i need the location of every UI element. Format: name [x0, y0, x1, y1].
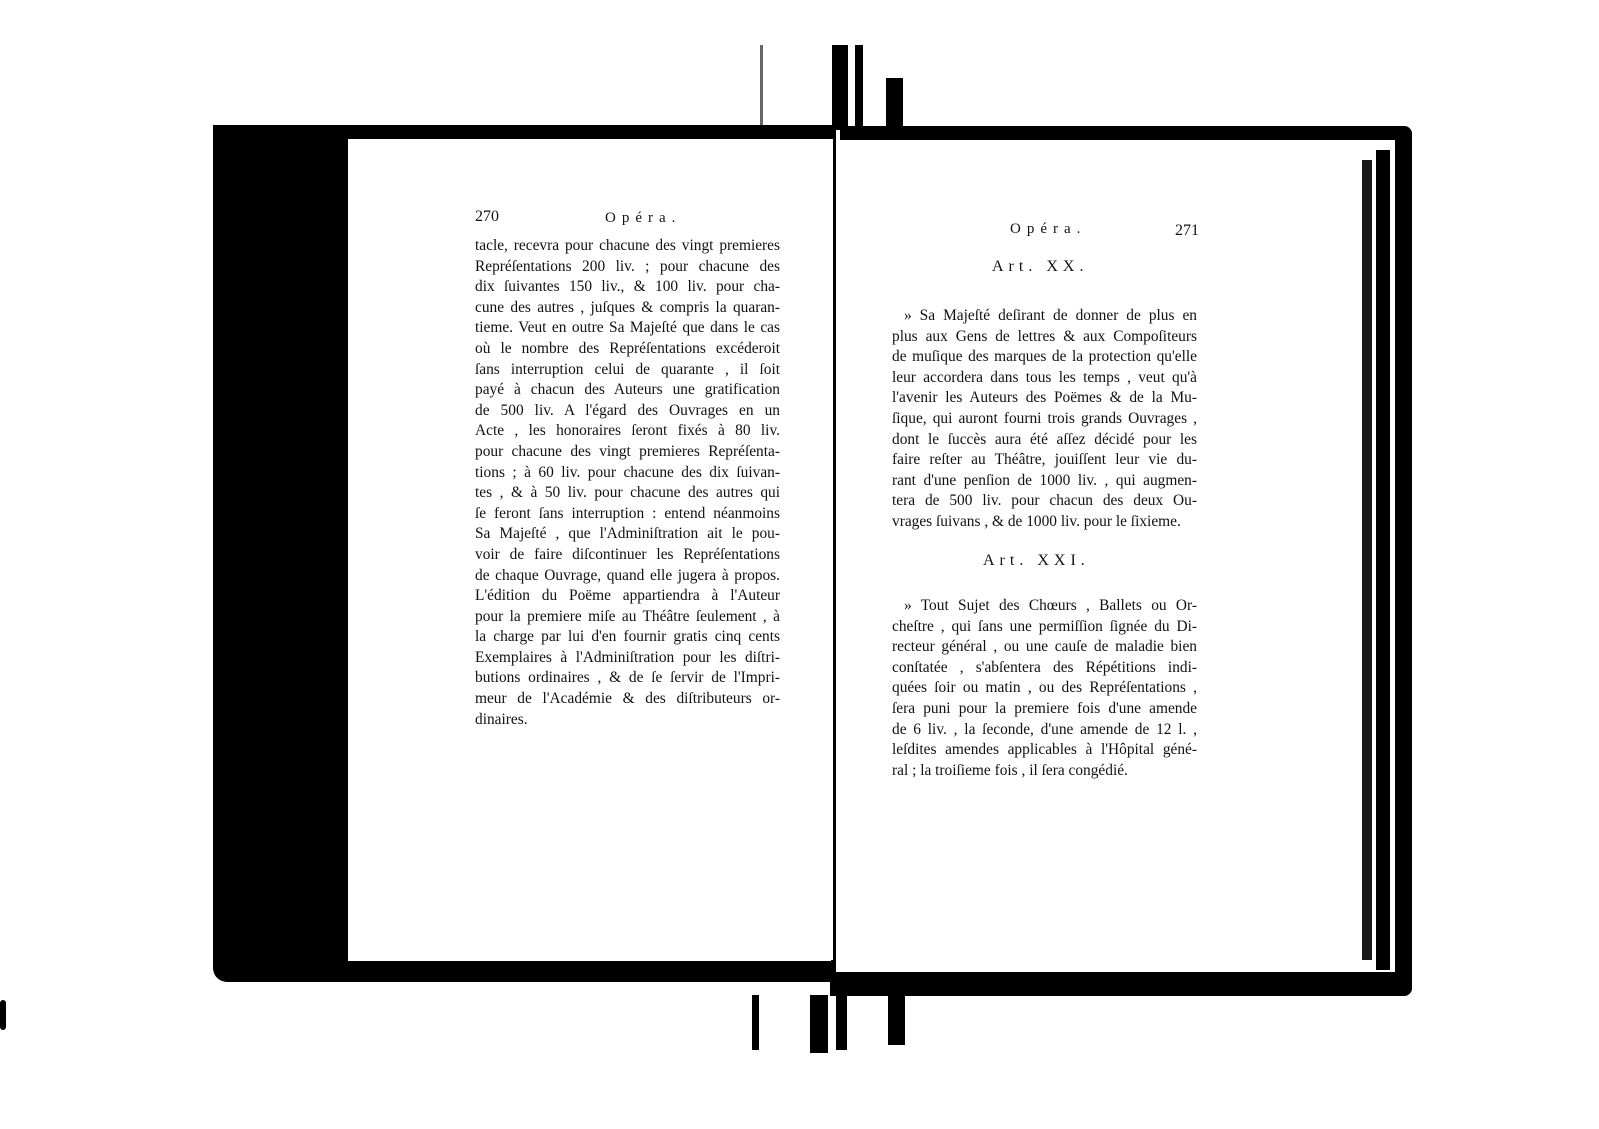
- book-cover-left: [213, 125, 348, 980]
- text-line: dix ſuivantes 150 liv., & 100 liv. pour …: [475, 277, 780, 298]
- running-head-right: Opéra.: [1010, 221, 1086, 238]
- text-line: » Sa Majeſté deſirant de donner de plus …: [892, 306, 1197, 327]
- article-20-body: » Sa Majeſté deſirant de donner de plus …: [892, 306, 1197, 533]
- scan-edge-mark: [0, 1000, 6, 1030]
- running-head-left: Opéra.: [605, 210, 681, 227]
- text-line: pour la premiere miſe au Théâtre ſeuleme…: [475, 607, 780, 628]
- text-line: de muſique des marques de la protection …: [892, 347, 1197, 368]
- text-line: payé à chacun des Auteurs une gratificat…: [475, 380, 780, 401]
- text-line: Sa Majeſté , que l'Adminiſtration ait le…: [475, 524, 780, 545]
- text-line: Repréſentations 200 liv. ; pour chacune …: [475, 257, 780, 278]
- text-line: Exemplaires à l'Adminiſtration pour les …: [475, 648, 780, 669]
- text-line: L'édition du Poëme appartiendra à l'Aute…: [475, 586, 780, 607]
- left-page-body: tacle, recevra pour chacune des vingt pr…: [475, 236, 780, 730]
- article-21-body: » Tout Sujet des Chœurs , Ballets ou Or-…: [892, 596, 1197, 781]
- book-spine: [833, 128, 836, 978]
- text-line: l'avenir les Auteurs des Poëmes & de la …: [892, 388, 1197, 409]
- page-number-right: 271: [1175, 222, 1199, 240]
- right-page: [842, 140, 1362, 972]
- text-line: meur de l'Académie & des diſtributeurs o…: [475, 689, 780, 710]
- text-line: ſique, qui auront fourni trois grands Ou…: [892, 409, 1197, 430]
- text-line: la charge par lui d'en fournir gratis ci…: [475, 627, 780, 648]
- text-line: voir de faire diſcontinuer les Repréſent…: [475, 545, 780, 566]
- text-line: plus aux Gens de lettres & aux Compoſite…: [892, 327, 1197, 348]
- text-line: de chaque Ouvrage, quand elle jugera à p…: [475, 566, 780, 587]
- text-line: tieme. Veut en outre Sa Majeſté que dans…: [475, 318, 780, 339]
- text-line: leſdites amendes applicables à l'Hôpital…: [892, 740, 1197, 761]
- text-line: dinaires.: [475, 710, 780, 731]
- binding-tab: [886, 78, 903, 130]
- text-line: tera de 500 liv. pour chacun des deux Ou…: [892, 491, 1197, 512]
- binding-tab: [832, 45, 848, 130]
- page-edge-right: [1376, 150, 1390, 970]
- text-line: tacle, recevra pour chacune des vingt pr…: [475, 236, 780, 257]
- text-line: Acte , les honoraires ſeront fixés à 80 …: [475, 421, 780, 442]
- book-cover-bottom-left: [213, 960, 833, 982]
- book-cover-top-right: [840, 126, 1412, 140]
- article-21-title: Art. XXI.: [983, 552, 1090, 570]
- text-line: rant d'une penſion de 1000 liv. , qui au…: [892, 471, 1197, 492]
- text-line: quées ſoir ou matin , ou des Repréſentat…: [892, 678, 1197, 699]
- binding-tab: [752, 995, 759, 1050]
- text-line: dont le ſuccès aura été aſſez décidé pou…: [892, 430, 1197, 451]
- article-20-title: Art. XX.: [992, 258, 1088, 276]
- text-line: de 500 liv. A l'égard des Ouvrages en un: [475, 401, 780, 422]
- binding-tab: [810, 995, 828, 1053]
- text-line: faire reſter au Théâtre, jouiſſent leur …: [892, 450, 1197, 471]
- binding-tab: [760, 45, 763, 125]
- text-line: vrages ſuivans , & de 1000 liv. pour le …: [892, 512, 1197, 533]
- text-line: cheſtre , qui ſans une permiſſion ſignée…: [892, 617, 1197, 638]
- text-line: cune des autres , juſques & compris la q…: [475, 298, 780, 319]
- page-edge-right-inner: [1362, 160, 1372, 960]
- text-line: de 6 liv. , la ſeconde, d'une amende de …: [892, 720, 1197, 741]
- text-line: ral ; la troiſieme fois , il ſera congéd…: [892, 761, 1197, 782]
- text-line: pour chacune des vingt premieres Repréſe…: [475, 442, 780, 463]
- text-line: tes , & à 50 liv. pour chacune des autre…: [475, 483, 780, 504]
- text-line: ſera puni pour la premiere fois d'une am…: [892, 699, 1197, 720]
- text-line: » Tout Sujet des Chœurs , Ballets ou Or-: [892, 596, 1197, 617]
- text-line: tions ; à 60 liv. pour chacune des dix ſ…: [475, 463, 780, 484]
- text-line: butions ordinaires , & de ſe ſervir de l…: [475, 668, 780, 689]
- book-cover-right: [1395, 126, 1412, 996]
- text-line: leur accordera dans tous les temps , veu…: [892, 368, 1197, 389]
- binding-tab: [888, 995, 905, 1045]
- page-number-left: 270: [475, 208, 499, 226]
- book-cover-bottom-right: [830, 972, 1412, 996]
- text-line: ſe feront ſans interruption : entend néa…: [475, 504, 780, 525]
- binding-tab: [836, 995, 847, 1050]
- text-line: où le nombre des Repréſentations excéder…: [475, 339, 780, 360]
- page-edge-left: [330, 140, 348, 960]
- book-cover-top-left: [213, 125, 833, 139]
- binding-tab: [855, 45, 863, 130]
- text-line: recteur général , ou une cauſe de maladi…: [892, 637, 1197, 658]
- text-line: conſtatée , s'abſentera des Répétitions …: [892, 658, 1197, 679]
- text-line: ſans interruption celui de quarante , il…: [475, 360, 780, 381]
